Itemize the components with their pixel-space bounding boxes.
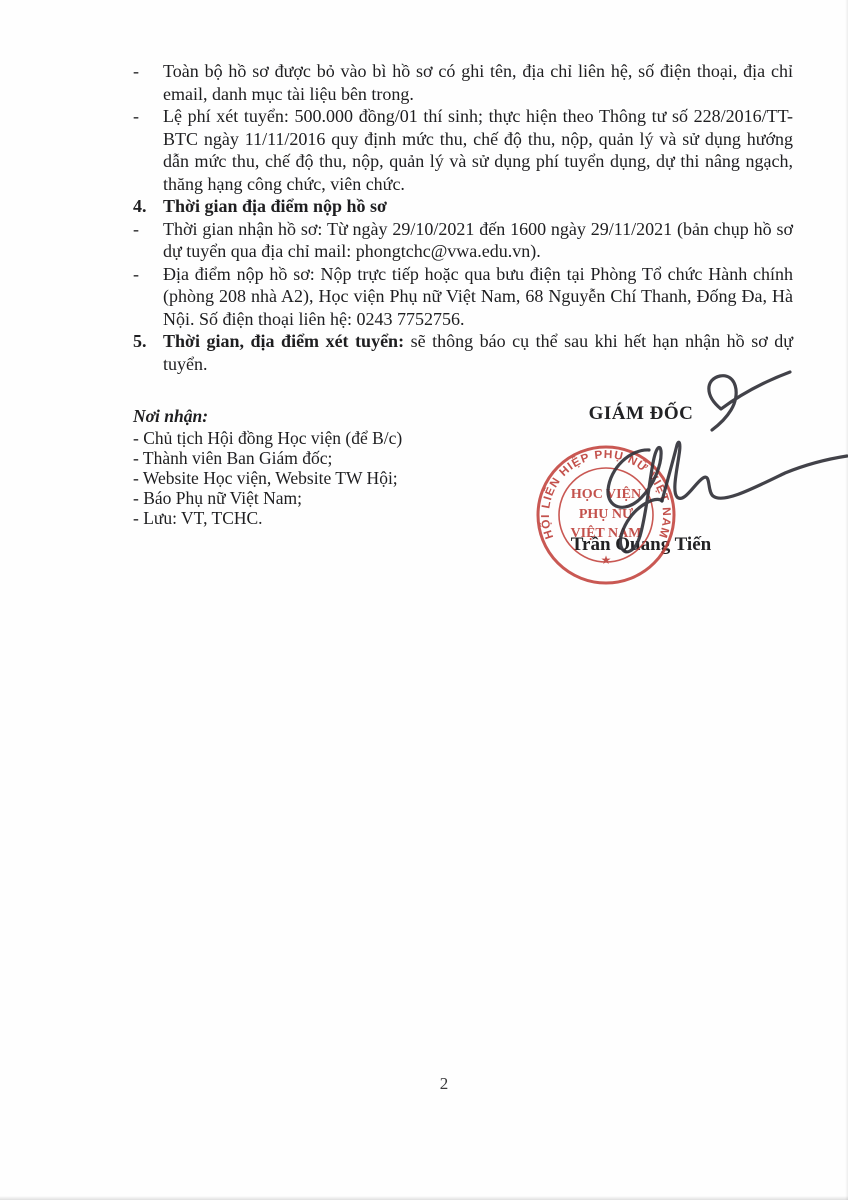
list-item: - Lệ phí xét tuyển: 500.000 đồng/01 thí …: [133, 105, 793, 195]
stamp-center-line: HỌC VIỆN: [571, 485, 641, 502]
list-text: Thời gian nhận hồ sơ: Từ ngày 29/10/2021…: [163, 218, 793, 263]
official-stamp: HỘI LIÊN HIỆP PHỤ NỮ VIỆT NAM HỌC VIỆN P…: [533, 442, 679, 588]
star-icon: ★: [601, 553, 612, 567]
scan-edge-bottom: [0, 1196, 848, 1200]
stamp-center-line: VIỆT NAM: [571, 524, 642, 541]
document-page: - Toàn bộ hồ sơ được bỏ vào bì hồ sơ có …: [0, 0, 848, 1200]
recipient-line: - Thành viên Ban Giám đốc;: [133, 448, 402, 468]
signature-tail: [662, 442, 847, 501]
list-marker: -: [133, 263, 163, 286]
section-heading: 4. Thời gian địa điểm nộp hồ sơ: [133, 195, 793, 218]
recipient-line: - Lưu: VT, TCHC.: [133, 508, 402, 528]
section-heading-text: Thời gian địa điểm nộp hồ sơ: [163, 195, 793, 218]
recipient-line: - Website Học viện, Website TW Hội;: [133, 468, 402, 488]
list-text: Địa điểm nộp hồ sơ: Nộp trực tiếp hoặc q…: [163, 263, 793, 331]
list-text: Toàn bộ hồ sơ được bỏ vào bì hồ sơ có gh…: [163, 60, 793, 105]
recipients-block: Nơi nhận: - Chủ tịch Hội đồng Học viện (…: [133, 406, 402, 528]
section-heading-lead: Thời gian, địa điểm xét tuyển:: [163, 331, 404, 351]
list-item: - Toàn bộ hồ sơ được bỏ vào bì hồ sơ có …: [133, 60, 793, 105]
list-item: - Địa điểm nộp hồ sơ: Nộp trực tiếp hoặc…: [133, 263, 793, 331]
page-number: 2: [404, 1074, 484, 1094]
section-number: 5.: [133, 330, 163, 353]
recipient-line: - Chủ tịch Hội đồng Học viện (để B/c): [133, 428, 402, 448]
document-body: - Toàn bộ hồ sơ được bỏ vào bì hồ sơ có …: [133, 60, 793, 375]
list-marker: -: [133, 105, 163, 128]
list-item: - Thời gian nhận hồ sơ: Từ ngày 29/10/20…: [133, 218, 793, 263]
stamp-center-line: PHỤ NỮ: [579, 504, 634, 522]
section-text: Thời gian, địa điểm xét tuyển: sẽ thông …: [163, 330, 793, 375]
recipient-line: - Báo Phụ nữ Việt Nam;: [133, 488, 402, 508]
list-marker: -: [133, 60, 163, 83]
section-number: 4.: [133, 195, 163, 218]
signature-title: GIÁM ĐỐC: [521, 403, 761, 425]
list-text: Lệ phí xét tuyển: 500.000 đồng/01 thí si…: [163, 105, 793, 195]
recipients-heading: Nơi nhận:: [133, 406, 402, 426]
list-marker: -: [133, 218, 163, 241]
section-heading-inline: 5. Thời gian, địa điểm xét tuyển: sẽ thô…: [133, 330, 793, 375]
